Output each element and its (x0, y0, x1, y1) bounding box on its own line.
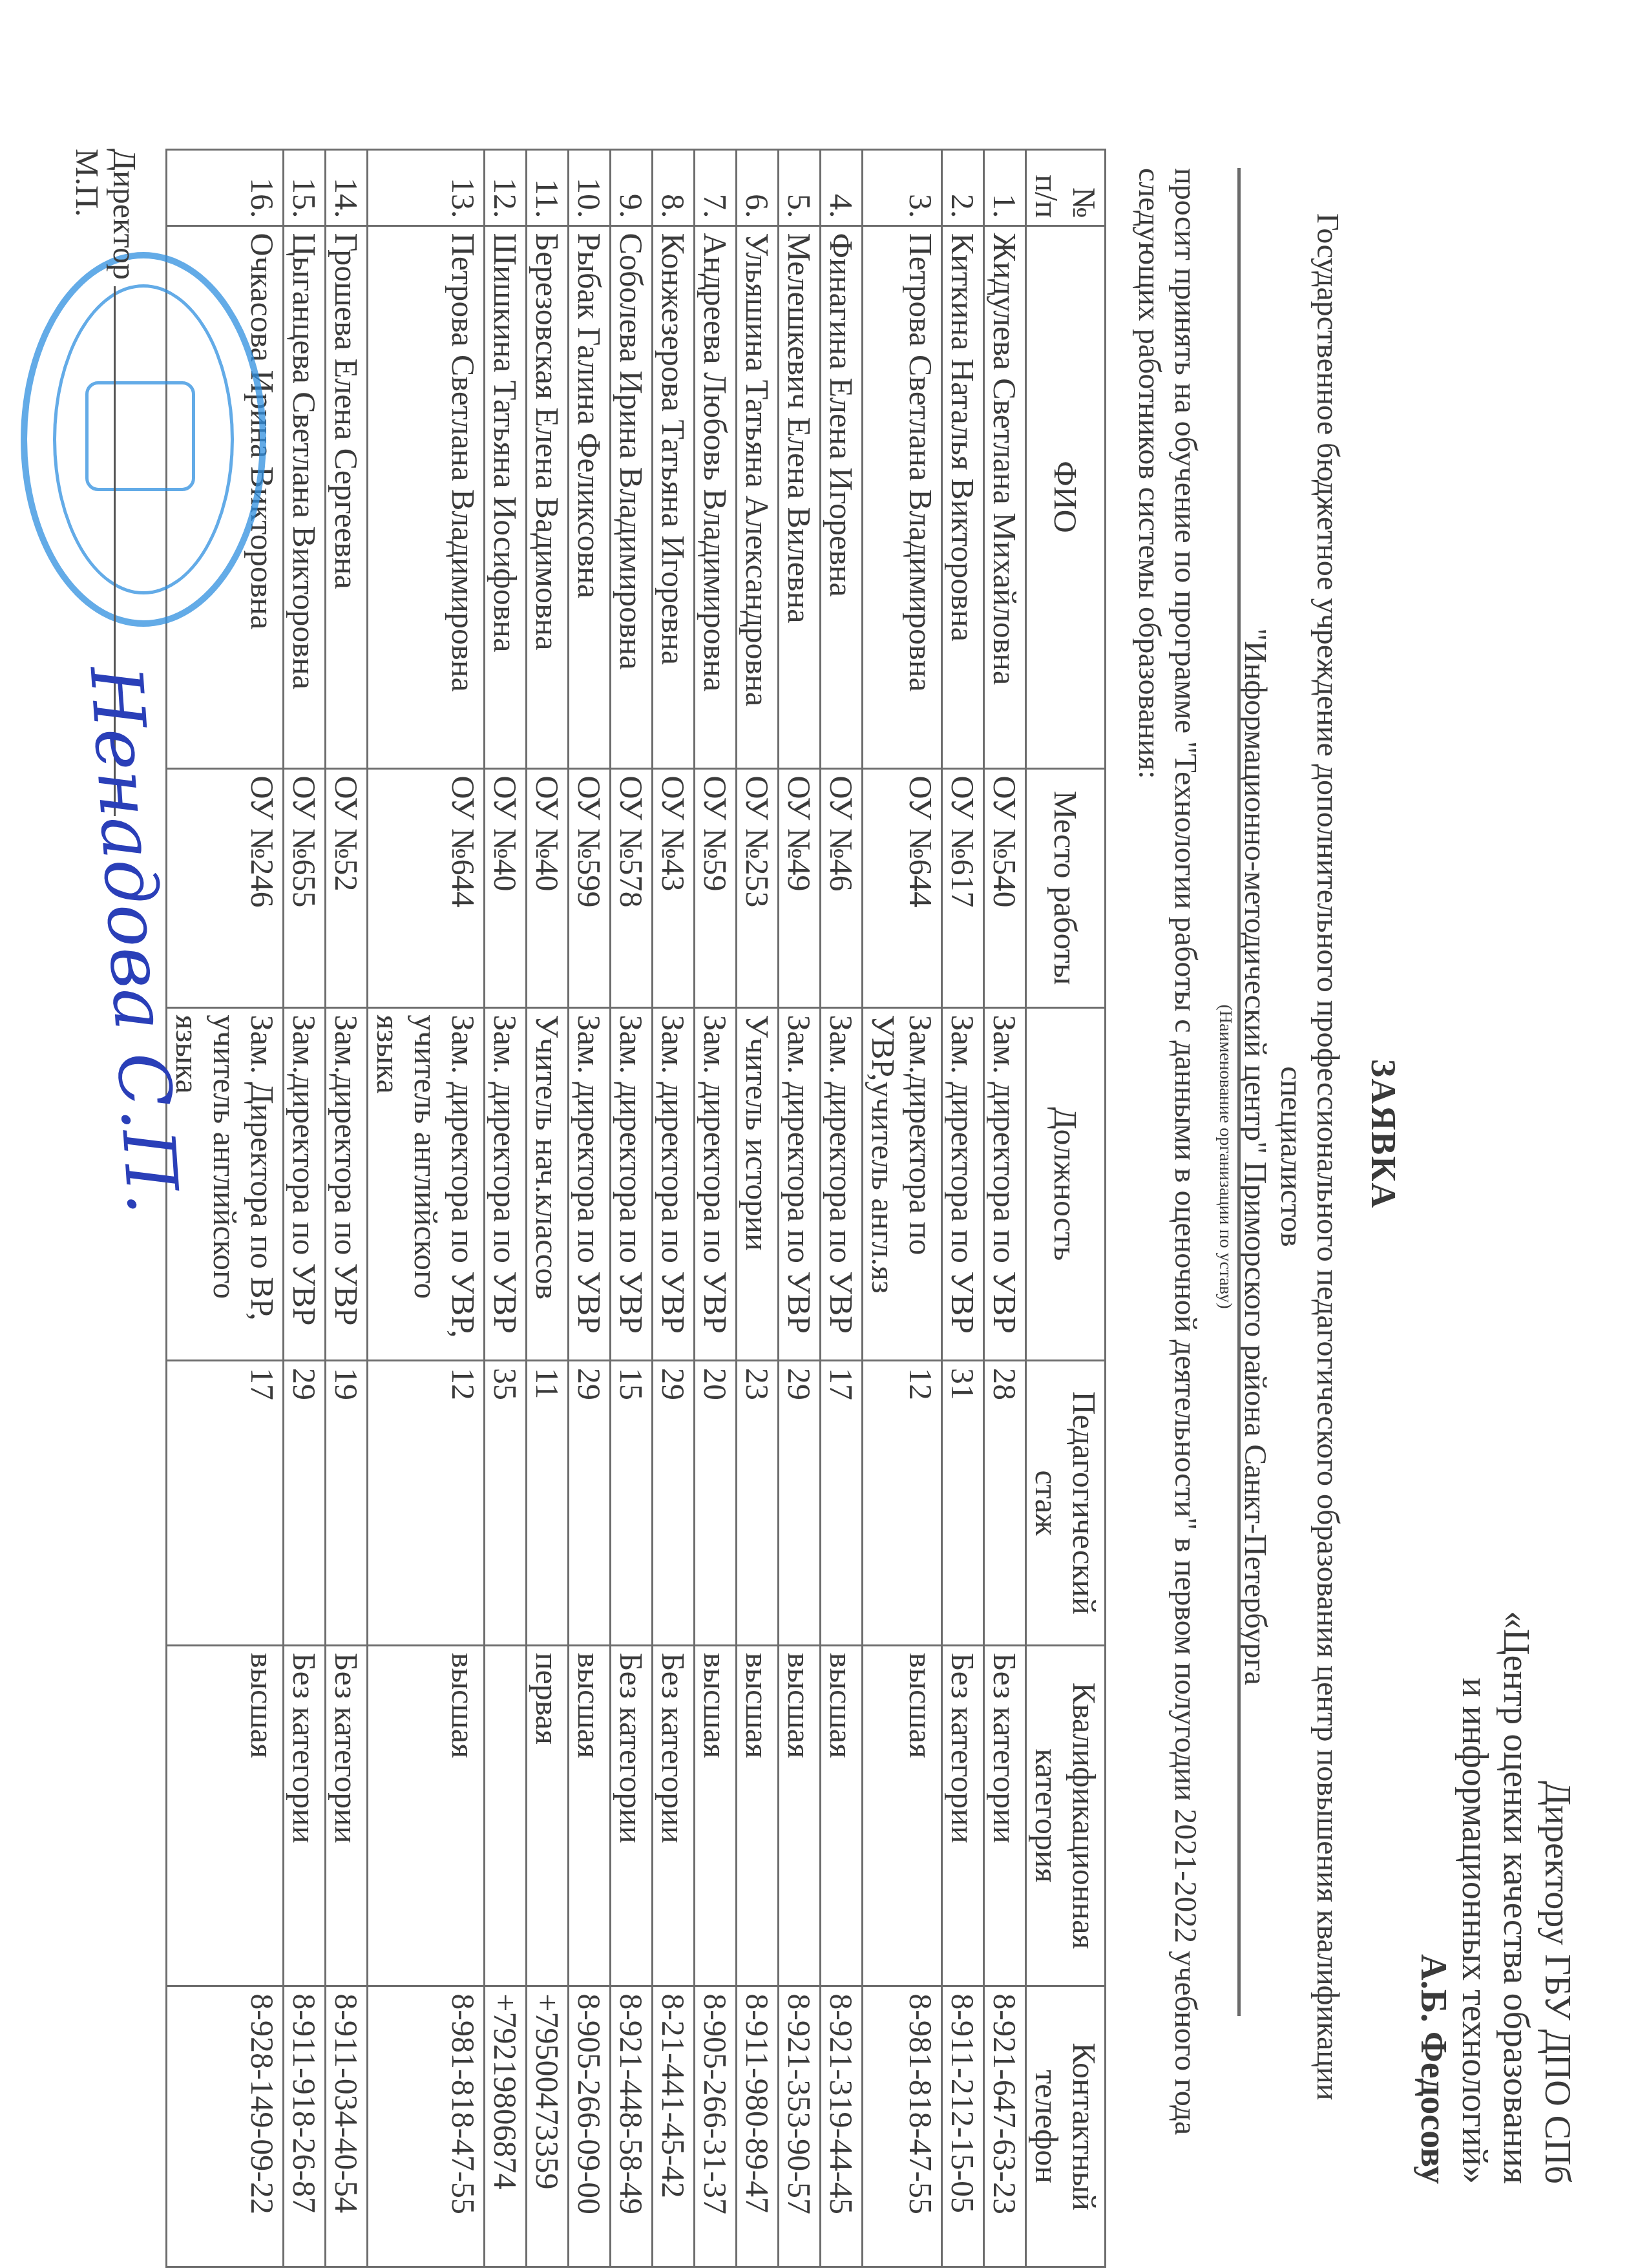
table-row: 4.Финагина Елена ИгоревнаОУ №46Зам. дире… (821, 150, 863, 2267)
intro-line-1: просит принять на обучение по программе … (1167, 168, 1203, 2145)
table-row: 12.Шишкина Татьяна ИосифовнаОУ №40Зам. д… (485, 150, 527, 2267)
cell-category: Без категории (984, 1645, 1026, 1986)
cell-fio: Грошева Елена Сергеевна (326, 226, 368, 768)
cell-category: высшая (569, 1645, 611, 1986)
cell-fio: Жидулева Светлана Михайловна (984, 226, 1026, 768)
header-category: Квалификационная категория (1026, 1645, 1106, 1986)
cell-fio: Ульяшина Татьяна Александровна (737, 226, 779, 768)
cell-experience: 17 (821, 1361, 863, 1646)
header-fio: ФИО (1026, 226, 1106, 768)
table-row: 1.Жидулева Светлана МихайловнаОУ №540Зам… (984, 150, 1026, 2267)
cell-position: Зам. директора по УВР (485, 1007, 527, 1361)
document-page: Директору ГБУ ДПО СПб «Центр оценки каче… (0, 0, 1649, 2268)
cell-place: ОУ №46 (821, 768, 863, 1007)
table-row: 13.Петрова Светлана ВладимировнаОУ №644З… (368, 150, 485, 2267)
cell-num: 14. (326, 150, 368, 226)
organization-line-1: Государственное бюджетное учреждение доп… (1273, 168, 1345, 2145)
cell-phone: 8-921-647-63-23 (984, 1986, 1026, 2267)
cell-phone: 8-911-980-89-47 (737, 1986, 779, 2267)
cell-fio: Конжезерова Татьяна Игоревна (653, 226, 695, 768)
cell-experience: 20 (695, 1361, 737, 1646)
cell-fio: Петрова Светлана Владимировна (368, 226, 485, 768)
cell-num: 11. (527, 150, 569, 226)
cell-position: Зам. директора по УВР (984, 1007, 1026, 1361)
document-title: ЗАЯВКА (1363, 0, 1403, 2268)
cell-phone: 8-21-441-45-42 (653, 1986, 695, 2267)
cell-experience: 23 (737, 1361, 779, 1646)
cell-num: 15. (284, 150, 326, 226)
cell-category: Без категории (653, 1645, 695, 1986)
cell-position: Зам. директора по УВР (569, 1007, 611, 1361)
table-row: 7.Андреева Любовь ВладимировнаОУ №59Зам.… (695, 150, 737, 2267)
organization-line-2: "Информационно-методический центр" Примо… (1237, 168, 1273, 2145)
cell-position: Учитель нач.классов (527, 1007, 569, 1361)
cell-experience: 19 (326, 1361, 368, 1646)
director-label: Директор (107, 149, 143, 280)
cell-experience: 28 (984, 1361, 1026, 1646)
cell-category: Без категории (942, 1645, 984, 1986)
addressee-line-1: Директору ГБУ ДПО СПб (1537, 1611, 1578, 2184)
header-place: Место работы (1026, 768, 1106, 1007)
cell-fio: Петрова Светлана Владимировна (863, 226, 942, 768)
cell-position: Учитель истории (737, 1007, 779, 1361)
cell-fio: Цыганцева Светлана Викторовна (284, 226, 326, 768)
header-phone: Контактный телефон (1026, 1986, 1106, 2267)
addressee-line-2: «Центр оценки качества образования (1495, 1611, 1537, 2184)
cell-place: ОУ №655 (284, 768, 326, 1007)
cell-num: 4. (821, 150, 863, 226)
cell-position: Зам. директора по УВР (821, 1007, 863, 1361)
table-row: 14.Грошева Елена СергеевнаОУ №52Зам.дире… (326, 150, 368, 2267)
cell-num: 1. (984, 150, 1026, 226)
cell-phone: 8-905-266-09-00 (569, 1986, 611, 2267)
table-row: 2.Киткина Наталья ВикторовнаОУ №617Зам. … (942, 150, 984, 2267)
table-row: 3.Петрова Светлана ВладимировнаОУ №644За… (863, 150, 942, 2267)
cell-experience: 11 (527, 1361, 569, 1646)
cell-place: ОУ №253 (737, 768, 779, 1007)
cell-place: ОУ №52 (326, 768, 368, 1007)
cell-num: 10. (569, 150, 611, 226)
cell-experience: 29 (653, 1361, 695, 1646)
cell-phone: 8-921-319-44-45 (821, 1986, 863, 2267)
cell-category: высшая (821, 1645, 863, 1986)
cell-place: ОУ №644 (863, 768, 942, 1007)
cell-num: 9. (611, 150, 653, 226)
cell-category (485, 1645, 527, 1986)
cell-phone: 8-911-212-15-05 (942, 1986, 984, 2267)
cell-num: 7. (695, 150, 737, 226)
cell-phone: 8-911-918-26-87 (284, 1986, 326, 2267)
cell-category: Без категории (284, 1645, 326, 1986)
cell-experience: 29 (284, 1361, 326, 1646)
cell-place: ОУ №540 (984, 768, 1026, 1007)
addressee-line-3: и информационных технологий» (1454, 1611, 1495, 2184)
intro-line-2: следующих работников системы образования… (1131, 168, 1167, 2145)
cell-category: высшая (167, 1645, 284, 1986)
cell-num: 8. (653, 150, 695, 226)
cell-experience: 12 (863, 1361, 942, 1646)
cell-category: высшая (737, 1645, 779, 1986)
cell-place: ОУ №59 (695, 768, 737, 1007)
cell-position: Зам.директора по УВР,учитель англ.яз (863, 1007, 942, 1361)
cell-place: ОУ №578 (611, 768, 653, 1007)
cell-experience: 15 (611, 1361, 653, 1646)
cell-phone: 8-928-149-09-22 (167, 1986, 284, 2267)
cell-position: Зам. директора по УВР (653, 1007, 695, 1361)
cell-position: Зам. директора по УВР (779, 1007, 821, 1361)
cell-fio: Киткина Наталья Викторовна (942, 226, 984, 768)
cell-phone: 8-921-353-90-57 (779, 1986, 821, 2267)
cell-phone: 8-921-448-58-49 (611, 1986, 653, 2267)
cell-place: ОУ №40 (485, 768, 527, 1007)
cell-category: первая (527, 1645, 569, 1986)
table-row: 8.Конжезерова Татьяна ИгоревнаОУ №43Зам.… (653, 150, 695, 2267)
request-intro: просит принять на обучение по программе … (1131, 168, 1203, 2145)
cell-place: ОУ №43 (653, 768, 695, 1007)
table-row: 9.Соболева Ирина ВладимировнаОУ №578Зам.… (611, 150, 653, 2267)
cell-phone: 8-981-818-47-55 (368, 1986, 485, 2267)
cell-phone: +79500473359 (527, 1986, 569, 2267)
cell-category: высшая (695, 1645, 737, 1986)
participants-table: № п/п ФИО Место работы Должность Педагог… (165, 149, 1106, 2268)
cell-num: 13. (368, 150, 485, 226)
cell-experience: 12 (368, 1361, 485, 1646)
cell-num: 16. (167, 150, 284, 226)
table-row: 11.Березовская Елена ВадимовнаОУ №40Учит… (527, 150, 569, 2267)
official-stamp (21, 252, 266, 627)
cell-category: Без категории (326, 1645, 368, 1986)
cell-category: высшая (368, 1645, 485, 1986)
organization-caption: (Наименование организации по уставу) (1215, 168, 1235, 2145)
cell-num: 6. (737, 150, 779, 226)
cell-fio: Березовская Елена Вадимовна (527, 226, 569, 768)
cell-phone: 8-911-034-40-54 (326, 1986, 368, 2267)
organization-name: Государственное бюджетное учреждение доп… (1237, 168, 1345, 2145)
cell-fio: Шишкина Татьяна Иосифовна (485, 226, 527, 768)
cell-place: ОУ №246 (167, 768, 284, 1007)
organization-underline (1237, 168, 1241, 2016)
cell-category: высшая (779, 1645, 821, 1986)
cell-experience: 35 (485, 1361, 527, 1646)
cell-phone: 8-981-818-47-55 (863, 1986, 942, 2267)
cell-fio: Рыбак Галина Феликсовна (569, 226, 611, 768)
header-experience: Педагогический стаж (1026, 1361, 1106, 1646)
cell-place: ОУ №644 (368, 768, 485, 1007)
cell-experience: 29 (569, 1361, 611, 1646)
cell-num: 12. (485, 150, 527, 226)
cell-place: ОУ №599 (569, 768, 611, 1007)
table-row: 5.Мелешкевич Елена ВилевнаОУ №49Зам. дир… (779, 150, 821, 2267)
cell-num: 3. (863, 150, 942, 226)
header-num: № п/п (1026, 150, 1106, 226)
cell-category: Без категории (611, 1645, 653, 1986)
cell-num: 5. (779, 150, 821, 226)
cell-place: ОУ №49 (779, 768, 821, 1007)
cell-place: ОУ №40 (527, 768, 569, 1007)
cell-phone: 8-905-266-31-37 (695, 1986, 737, 2267)
table-body: 1.Жидулева Светлана МихайловнаОУ №540Зам… (167, 150, 1026, 2267)
cell-place: ОУ №617 (942, 768, 984, 1007)
cell-position: Зам. директора по УВР (611, 1007, 653, 1361)
cell-position: Зам. директора по УВР, учитель английско… (368, 1007, 485, 1361)
cell-position: Зам.директора по УВР (284, 1007, 326, 1361)
cell-experience: 17 (167, 1361, 284, 1646)
cell-fio: Соболева Ирина Владимировна (611, 226, 653, 768)
addressee-block: Директору ГБУ ДПО СПб «Центр оценки каче… (1413, 1611, 1578, 2184)
cell-num: 2. (942, 150, 984, 226)
cell-experience: 29 (779, 1361, 821, 1646)
table-row: 6.Ульяшина Татьяна АлександровнаОУ №253У… (737, 150, 779, 2267)
cell-position: Зам. директора по УВР (942, 1007, 984, 1361)
cell-fio: Мелешкевич Елена Вилевна (779, 226, 821, 768)
cell-position: Зам.директора по УВР (326, 1007, 368, 1361)
cell-fio: Андреева Любовь Владимировна (695, 226, 737, 768)
table-row: 15.Цыганцева Светлана ВикторовнаОУ №655З… (284, 150, 326, 2267)
cell-position: Зам. директора по УВР (695, 1007, 737, 1361)
addressee-name: А.Б. Федосову (1413, 1611, 1454, 2184)
cell-phone: +79219806874 (485, 1986, 527, 2267)
cell-experience: 31 (942, 1361, 984, 1646)
header-position: Должность (1026, 1007, 1106, 1361)
cell-category: высшая (863, 1645, 942, 1986)
cell-fio: Финагина Елена Игоревна (821, 226, 863, 768)
table-row: 10.Рыбак Галина ФеликсовнаОУ №599Зам. ди… (569, 150, 611, 2267)
table-header-row: № п/п ФИО Место работы Должность Педагог… (1026, 150, 1106, 2267)
